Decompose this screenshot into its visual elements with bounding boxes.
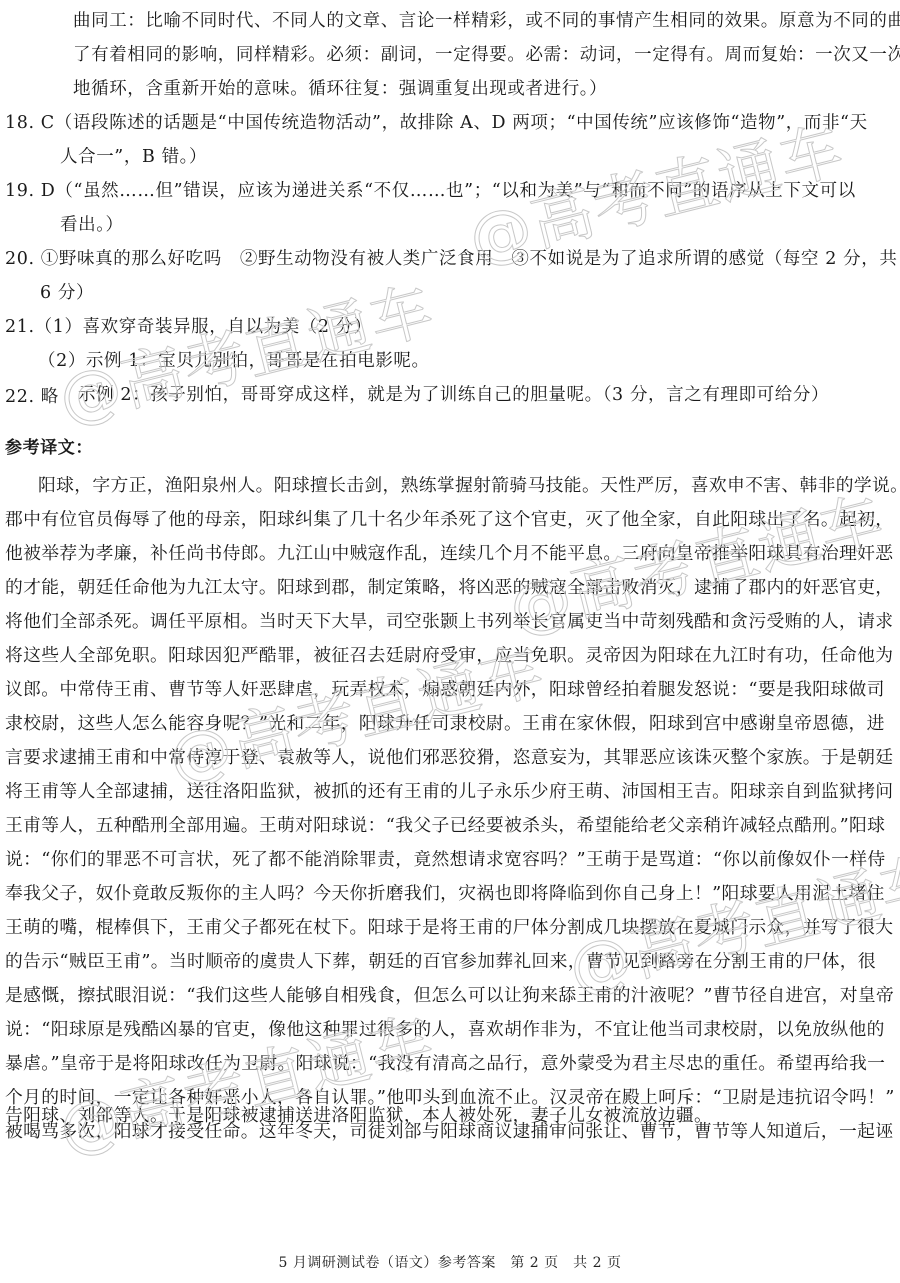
translation-line-4: 的才能，朝廷任命他为九江太守。阳球到郡，制定策略，将凶恶的贼寇全部击败消灭，逮捕… bbox=[5, 576, 893, 600]
q17-line-3: 地循环，含重新开始的意味。循环往复：强调重复出现或者进行。） bbox=[73, 77, 607, 101]
translation-line-17: 说：“阳球原是残酷凶暴的官吏，像他这种罪过很多的人，喜欢胡作非为，不宜让他当司隶… bbox=[5, 1018, 885, 1042]
translation-line-12: 说：“你们的罪恶不可言状，死了都不能消除罪责，竟然想请求宽容吗？”王萌于是骂道：… bbox=[5, 848, 886, 872]
translation-heading: 参考译文： bbox=[5, 436, 93, 460]
translation-line-21: 告阳球、刘郃等人。于是阳球被逮捕送进洛阳监狱，本人被处死，妻子儿女被流放边疆。 bbox=[5, 1104, 712, 1128]
translation-line-11: 王甫等人，五种酷刑全部用遍。王萌对阳球说：“我父子已经要被杀头，希望能给老父亲稍… bbox=[5, 814, 885, 838]
q18-line-2: 人合一”，B 错。） bbox=[60, 145, 207, 169]
translation-line-14: 王萌的嘴，棍棒俱下，王甫父子都死在杖下。阳球于是将王甫的尸体分割成几块摆放在夏城… bbox=[5, 916, 893, 940]
translation-line-5: 将他们全部杀死。调任平原相。当时天下大旱，司空张颢上书列举长官属吏当中苛刻残酷和… bbox=[5, 610, 893, 634]
translation-line-1: 阳球，字方正，渔阳泉州人。阳球擅长击剑，熟练掌握射箭骑马技能。天性严厉，喜欢申不… bbox=[38, 474, 900, 498]
translation-line-8: 隶校尉，这些人怎么能容身呢？”光和二年，阳球升任司隶校尉。王甫在家休假，阳球到宫… bbox=[5, 712, 885, 736]
translation-line-6: 将这些人全部免职。阳球因犯严酷罪，被征召去廷尉府受审，应当免职。灵帝因为阳球在九… bbox=[5, 644, 893, 668]
q21-part-2-example-1: （2）示例 1：宝贝儿别怕，哥哥是在拍电影呢。 bbox=[38, 349, 430, 373]
translation-line-15: 的告示“贼臣王甫”。当时顺帝的虞贵人下葬，朝廷的百官参加葬礼回来，曹节见到路旁在… bbox=[5, 950, 876, 974]
q18-line-1: 18. C（语段陈述的话题是“中国传统造物活动”，故排除 A、D 两项；“中国传… bbox=[5, 111, 868, 135]
q20-line-2: 6 分） bbox=[40, 281, 94, 305]
translation-line-7: 议郎。中常侍王甫、曹节等人奸恶肆虐，玩弄权术，煽惑朝廷内外，阳球曾经拍着腿发怒说… bbox=[5, 678, 885, 702]
q19-line-1: 19. D（“虽然……但”错误，应该为递进关系“不仅……也”；“以和为美”与“和… bbox=[5, 179, 856, 203]
q22-answer: 22. 略 bbox=[5, 385, 59, 409]
q20-line-1: 20. ①野味真的那么好吃吗 ②野生动物没有被人类广泛食用 ③不如说是为了追求所… bbox=[5, 247, 897, 271]
translation-line-16: 是感慨，擦拭眼泪说：“我们这些人能够自相残食，但怎么可以让狗来舔王甫的汁液呢？”… bbox=[5, 984, 894, 1008]
q21-part-1: 21.（1）喜欢穿奇装异服，自以为美（2 分） bbox=[5, 315, 372, 339]
translation-line-10: 将王甫等人全部逮捕，送往洛阳监狱，被抓的还有王甫的儿子永乐少府王萌、沛国相王吉。… bbox=[5, 780, 893, 804]
translation-line-18: 暴虐。”皇帝于是将阳球改任为卫尉。阳球说：“我没有清高之品行，意外蒙受为君主尽忠… bbox=[5, 1052, 885, 1076]
translation-line-13: 奉我父子，奴仆竟敢反叛你的主人吗？今天你折磨我们，灾祸也即将降临到你自己身上！”… bbox=[5, 882, 885, 906]
q17-line-1: 曲同工：比喻不同时代、不同人的文章、言论一样精彩，或不同的事情产生相同的效果。原… bbox=[73, 9, 900, 33]
q19-line-2: 看出。） bbox=[60, 213, 124, 237]
translation-line-3: 他被举荐为孝廉，补任尚书侍郎。九江山中贼寇作乱，连续几个月不能平息。三府向皇帝推… bbox=[5, 542, 893, 566]
q21-part-2-example-2: 示例 2：孩子别怕，哥哥穿成这样，就是为了训练自己的胆量呢。（3 分，言之有理即… bbox=[78, 383, 829, 407]
page-footer: 5 月调研测试卷（语文）参考答案 第 2 页 共 2 页 bbox=[0, 1252, 900, 1272]
translation-line-9: 言要求逮捕王甫和中常侍淳于登、袁赦等人，说他们邪恶狡猾，恣意妄为，其罪恶应该诛灭… bbox=[5, 746, 893, 770]
translation-line-2: 郡中有位官员侮辱了他的母亲，阳球纠集了几十名少年杀死了这个官吏，灭了他全家，自此… bbox=[5, 508, 893, 532]
q17-line-2: 了有着相同的影响，同样精彩。必须：副词，一定得要。必需：动词，一定得有。周而复始… bbox=[73, 43, 900, 67]
